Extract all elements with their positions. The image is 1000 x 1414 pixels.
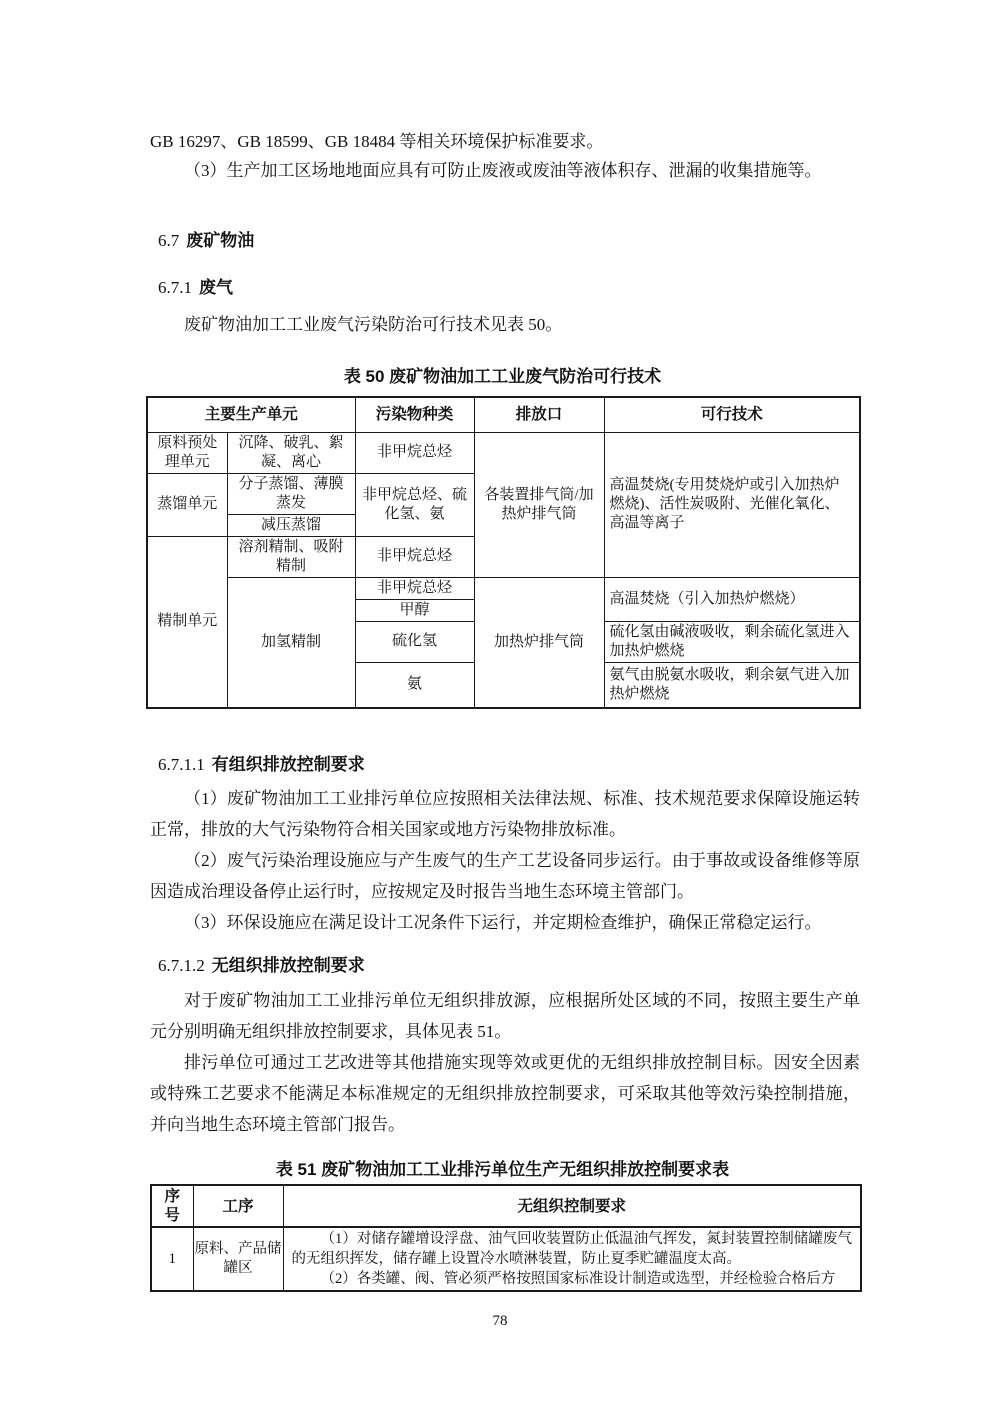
section-6-7-1-1-paragraphs: （1）废矿物油加工工业排污单位应按照相关法律法规、标准、技术规范要求保障设施运转… bbox=[150, 783, 860, 938]
table-50-header-row: 主要生产单元 污染物种类 排放口 可行技术 bbox=[147, 397, 860, 432]
table-row: 1 原料、产品储 罐区 （1）对储存罐增设浮盘、油气回收装置防止低温油气挥发，氮… bbox=[151, 1227, 861, 1291]
col-header-unit: 主要生产单元 bbox=[147, 397, 355, 432]
section-heading-6-7-1-1: 6.7.1.1有组织排放控制要求 bbox=[158, 750, 365, 775]
cell-pollutant: 非甲烷总烃、硫 化氢、氨 bbox=[355, 473, 474, 536]
section-heading-6-7-1: 6.7.1废气 bbox=[158, 273, 233, 298]
cell-unit: 精制单元 bbox=[147, 536, 227, 708]
section-heading-6-7-1-2: 6.7.1.2无组织排放控制要求 bbox=[158, 951, 365, 976]
cell-requirement: （1）对储存罐增设浮盘、油气回收装置防止低温油气挥发，氮封装置控制储罐废气的无组… bbox=[283, 1227, 861, 1291]
paragraph-line: GB 16297、GB 18599、GB 18484 等相关环境保护标准要求。 bbox=[150, 127, 860, 156]
document-page: GB 16297、GB 18599、GB 18484 等相关环境保护标准要求。 … bbox=[0, 0, 1000, 1414]
table-row: 加氢精制 非甲烷总烃 加热炉排气筒 高温焚烧（引入加热炉燃烧） bbox=[147, 577, 860, 599]
cell-pollutant: 非甲烷总烃 bbox=[355, 536, 474, 577]
paragraph: 排污单位可通过工艺改进等其他措施实现等效或更优的无组织排放控制目标。因安全因素或… bbox=[150, 1047, 860, 1140]
col-header-pollutant: 污染物种类 bbox=[355, 397, 474, 432]
table-51: 序号 工序 无组织控制要求 1 原料、产品储 罐区 （1）对储存罐增设浮盘、油气… bbox=[150, 1184, 862, 1292]
table-50: 主要生产单元 污染物种类 排放口 可行技术 原料预处 理单元 沉降、破乳、絮 凝… bbox=[146, 396, 861, 709]
cell-process: 减压蒸馏 bbox=[227, 514, 355, 536]
cell-outlet: 各装置排气筒/加 热炉排气筒 bbox=[474, 432, 604, 577]
col-header-tech: 可行技术 bbox=[604, 397, 860, 432]
cell-unit: 原料预处 理单元 bbox=[147, 432, 227, 473]
col-header-requirement: 无组织控制要求 bbox=[283, 1185, 861, 1227]
cell-process: 沉降、破乳、絮 凝、离心 bbox=[227, 432, 355, 473]
cell-outlet: 加热炉排气筒 bbox=[474, 577, 604, 708]
section-number: 6.7 bbox=[158, 231, 179, 250]
col-header-outlet: 排放口 bbox=[474, 397, 604, 432]
paragraph: （3）环保设施应在满足设计工况条件下运行，并定期检查维护，确保正常稳定运行。 bbox=[150, 907, 860, 938]
top-paragraph-block: GB 16297、GB 18599、GB 18484 等相关环境保护标准要求。 … bbox=[150, 127, 860, 185]
cell-tech: 高温焚烧（引入加热炉燃烧） bbox=[604, 577, 860, 621]
section-title: 无组织排放控制要求 bbox=[212, 956, 365, 975]
col-header-process: 工序 bbox=[193, 1185, 283, 1227]
cell-pollutant: 硫化氢 bbox=[355, 621, 474, 662]
section-number: 6.7.1.1 bbox=[158, 755, 205, 774]
cell-process: 溶剂精制、吸附 精制 bbox=[227, 536, 355, 577]
section-title: 废气 bbox=[199, 278, 233, 297]
section-number: 6.7.1.2 bbox=[158, 956, 205, 975]
cell-tech: 氨气由脱氨水吸收，剩余氨气进入加 热炉燃烧 bbox=[604, 662, 860, 708]
cell-no: 1 bbox=[151, 1227, 193, 1291]
cell-unit: 蒸馏单元 bbox=[147, 473, 227, 536]
cell-tech: 高温焚烧(专用焚烧炉或引入加热炉 燃烧)、活性炭吸附、光催化氧化、 高温等离子 bbox=[604, 432, 860, 577]
section-6-7-1-2-paragraphs: 对于废矿物油加工工业排污单位无组织排放源，应根据所处区域的不同，按照主要生产单元… bbox=[150, 985, 860, 1140]
section-title: 废矿物油 bbox=[186, 231, 254, 250]
cell-pollutant: 非甲烷总烃 bbox=[355, 577, 474, 599]
paragraph: （1）废矿物油加工工业排污单位应按照相关法律法规、标准、技术规范要求保障设施运转… bbox=[150, 783, 860, 845]
page-number: 78 bbox=[0, 1313, 1000, 1330]
paragraph: 对于废矿物油加工工业排污单位无组织排放源，应根据所处区域的不同，按照主要生产单元… bbox=[150, 985, 860, 1047]
requirement-item-2: （2）各类罐、阀、管必须严格按照国家标准设计制造或选型，并经检验合格后方 bbox=[292, 1269, 853, 1289]
table-51-title: 表 51 废矿物油加工工业排污单位生产无组织排放控制要求表 bbox=[146, 1155, 859, 1180]
paragraph-item3: （3）生产加工区场地地面应具有可防止废液或废油等液体积存、泄漏的收集措施等。 bbox=[150, 156, 860, 185]
section-heading-6-7: 6.7废矿物油 bbox=[158, 226, 254, 251]
cell-process: 分子蒸馏、薄膜 蒸发 bbox=[227, 473, 355, 514]
table-row: 原料预处 理单元 沉降、破乳、絮 凝、离心 非甲烷总烃 各装置排气筒/加 热炉排… bbox=[147, 432, 860, 473]
cell-tech: 硫化氢由碱液吸收，剩余硫化氢进入 加热炉燃烧 bbox=[604, 621, 860, 662]
section-number: 6.7.1 bbox=[158, 278, 192, 297]
cell-pollutant: 甲醇 bbox=[355, 599, 474, 621]
cell-pollutant: 非甲烷总烃 bbox=[355, 432, 474, 473]
cell-process: 加氢精制 bbox=[227, 577, 355, 708]
section-title: 有组织排放控制要求 bbox=[212, 755, 365, 774]
table-51-header-row: 序号 工序 无组织控制要求 bbox=[151, 1185, 861, 1227]
cell-pollutant: 氨 bbox=[355, 662, 474, 708]
paragraph: （2）废气污染治理设施应与产生废气的生产工艺设备同步运行。由于事故或设备维修等原… bbox=[150, 845, 860, 907]
paragraph: 废矿物油加工工业废气污染防治可行技术见表 50。 bbox=[150, 310, 860, 339]
intro-paragraph-6-7-1: 废矿物油加工工业废气污染防治可行技术见表 50。 bbox=[150, 310, 860, 339]
cell-process: 原料、产品储 罐区 bbox=[193, 1227, 283, 1291]
col-header-no: 序号 bbox=[151, 1185, 193, 1227]
table-50-title: 表 50 废矿物油加工工业废气防治可行技术 bbox=[146, 362, 859, 387]
requirement-item-1: （1）对储存罐增设浮盘、油气回收装置防止低温油气挥发，氮封装置控制储罐废气的无组… bbox=[292, 1229, 853, 1269]
